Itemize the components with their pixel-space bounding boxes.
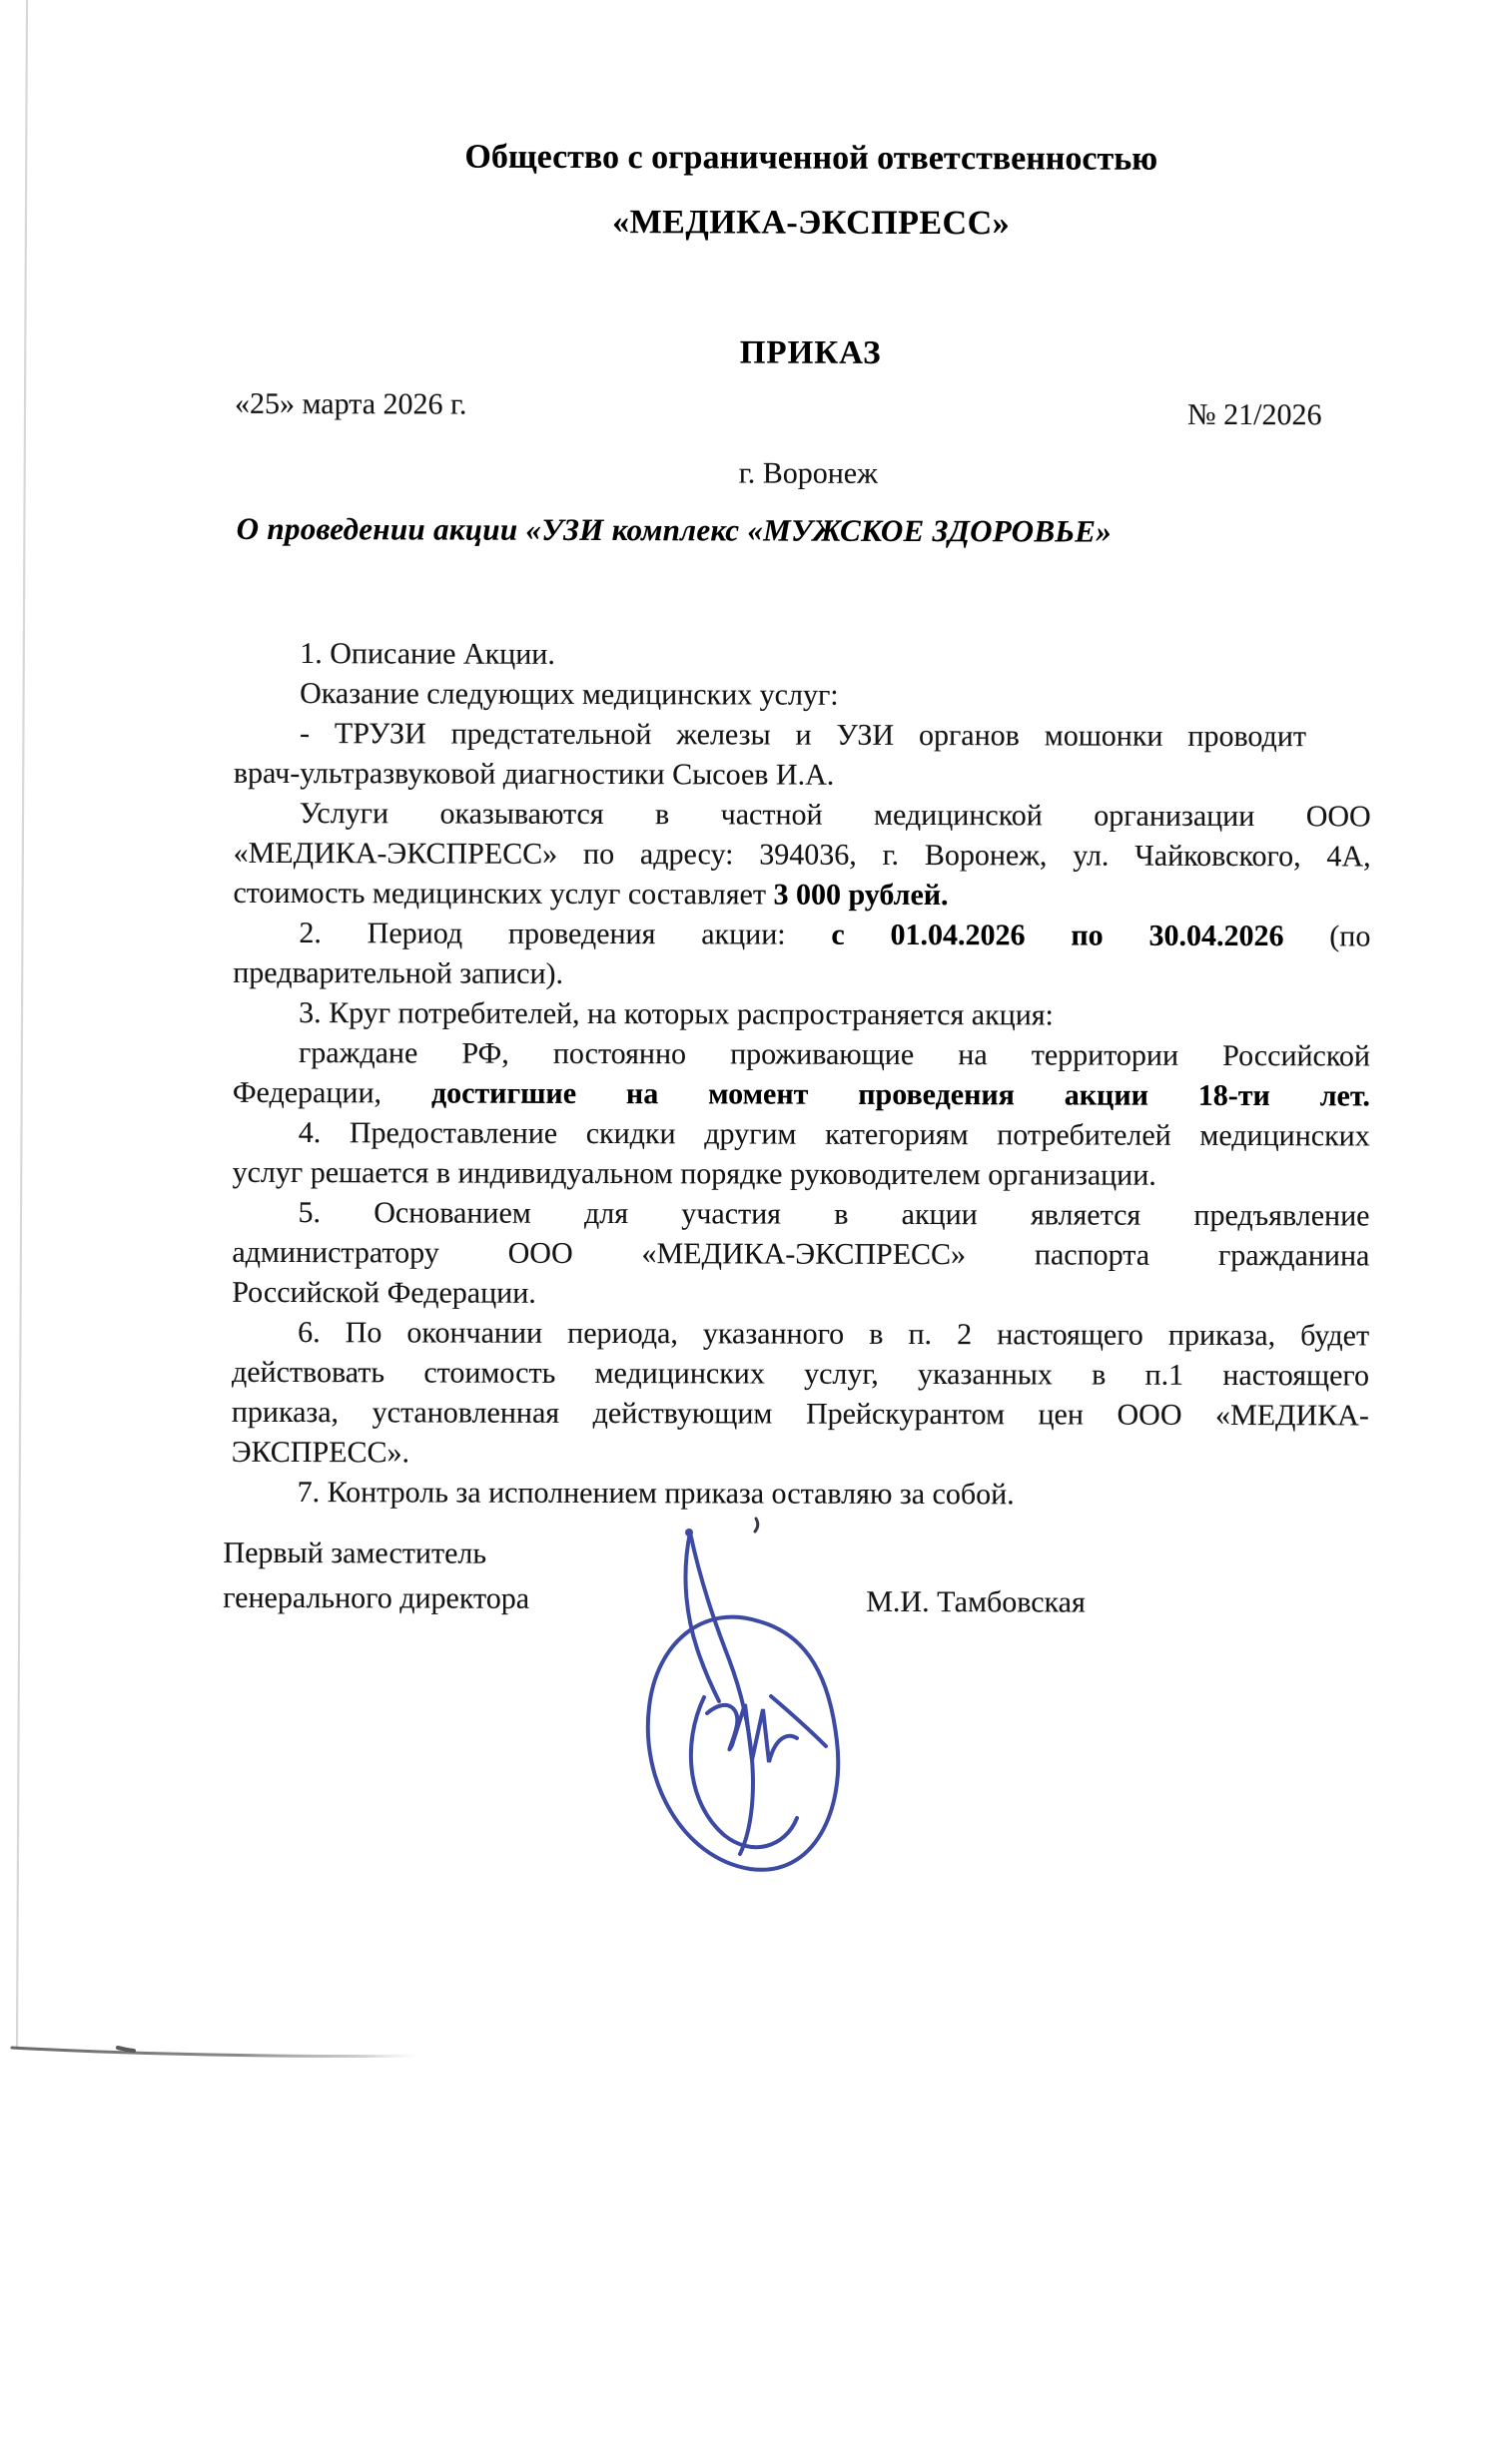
body-line: стоимость медицинских услуг составляет 3… xyxy=(233,874,1370,918)
body-text-bold-segment: 3 000 рублей. xyxy=(773,879,948,913)
body-text-bold-segment: достигшие на момент проведения акции 18-… xyxy=(431,1076,1370,1112)
body-text-segment: 5. Основанием для участия в акции являет… xyxy=(298,1196,1369,1232)
body-line: 6. По окончании периода, указанного в п.… xyxy=(232,1313,1369,1357)
body-line: действовать стоимость медицинских услуг,… xyxy=(232,1353,1369,1397)
body-line: услуг решается в индивидуальном порядке … xyxy=(233,1153,1370,1197)
body-line: 7. Контроль за исполнением приказа остав… xyxy=(232,1473,1369,1517)
body-text-segment: Услуги оказываются в частной медицинской… xyxy=(300,797,1371,833)
body-text-bold-segment: с 01.04.2026 по 30.04.2026 xyxy=(831,919,1283,952)
body-line: «МЕДИКА-ЭКСПРЕСС» по адресу: 394036, г. … xyxy=(234,834,1371,878)
body-line: Федерации, достигшие на момент проведени… xyxy=(233,1073,1370,1117)
body-text-segment: 7. Контроль за исполнением приказа остав… xyxy=(298,1476,1015,1511)
body-line: 3. Круг потребителей, на которых распрос… xyxy=(233,993,1370,1037)
body-line: 2. Период проведения акции: с 01.04.2026… xyxy=(233,914,1370,957)
body-line: Российской Федерации. xyxy=(232,1273,1369,1317)
body-text-segment: стоимость медицинских услуг составляет xyxy=(233,877,773,912)
body-text-segment: 4. Предоставление скидки другим категори… xyxy=(299,1116,1370,1152)
document-content: Общество с ограниченной ответственностью… xyxy=(0,0,1498,2464)
body-text-segment: - ТРУЗИ предстательной железы и УЗИ орга… xyxy=(300,717,1306,753)
body-text-segment: 6. По окончании периода, указанного в п.… xyxy=(298,1316,1369,1352)
signatory-position: Первый заместитель генерального директор… xyxy=(223,1531,529,1621)
org-name-heading: «МЕДИКА-ЭКСПРЕСС» xyxy=(236,200,1373,248)
body-line: администратору ООО «МЕДИКА-ЭКСПРЕСС» пас… xyxy=(232,1233,1369,1277)
body-line: 5. Основанием для участия в акции являет… xyxy=(232,1193,1369,1237)
body-line: - ТРУЗИ предстательной железы и УЗИ орга… xyxy=(234,714,1371,758)
body-line: Услуги оказываются в частной медицинской… xyxy=(234,794,1371,838)
body-line: врач-ультразвуковой диагностики Сысоев И… xyxy=(234,754,1371,798)
body-line: ЭКСПРЕСС». xyxy=(232,1433,1369,1477)
body-text-segment: врач-ультразвуковой диагностики Сысоев И… xyxy=(234,757,835,792)
body-text-segment: приказа, установленная действующим Прейс… xyxy=(232,1396,1369,1433)
doc-date: «25» марта 2026 г. xyxy=(235,384,467,425)
body-text-segment: Федерации, xyxy=(233,1076,431,1110)
doc-city: г. Воронеж xyxy=(235,452,1372,496)
body-text-segment: (по xyxy=(1283,920,1370,952)
doc-type-heading: ПРИКАЗ xyxy=(235,329,1372,377)
body-line: 4. Предоставление скидки другим категори… xyxy=(233,1113,1370,1157)
signatory-position-line1: Первый заместитель xyxy=(223,1531,529,1576)
body-text-segment: услуг решается в индивидуальном порядке … xyxy=(233,1156,1156,1192)
signatory-name: М.И. Тамбовская xyxy=(866,1582,1086,1623)
scanned-order-document: Общество с ограниченной ответственностью… xyxy=(0,0,1498,2464)
body-text-segment: Оказание следующих медицинских услуг: xyxy=(300,677,839,712)
body-text-segment: действовать стоимость медицинских услуг,… xyxy=(232,1356,1369,1393)
body-text-segment: администратору ООО «МЕДИКА-ЭКСПРЕСС» пас… xyxy=(232,1236,1369,1273)
body-text-segment: 2. Период проведения акции: xyxy=(299,917,831,951)
body-text-segment: граждане РФ, постоянно проживающие на те… xyxy=(299,1036,1370,1072)
org-type-heading: Общество с ограниченной ответственностью xyxy=(236,135,1373,183)
body-line: приказа, установленная действующим Прейс… xyxy=(232,1393,1369,1437)
doc-subject-line: О проведении акции «УЗИ комплекс «МУЖСКО… xyxy=(237,508,1113,553)
body-text-segment: 1. Описание Акции. xyxy=(300,637,555,671)
body-text-segment: Российской Федерации. xyxy=(232,1276,536,1310)
body-line: 1. Описание Акции. xyxy=(234,634,1371,678)
signatory-position-line2: генерального директора xyxy=(223,1575,529,1621)
body-line: предварительной записи). xyxy=(233,953,1370,997)
doc-number: № 21/2026 xyxy=(1187,395,1322,435)
body-text: 1. Описание Акции.Оказание следующих мед… xyxy=(232,634,1372,1517)
body-text-segment: 3. Круг потребителей, на которых распрос… xyxy=(299,996,1054,1031)
body-text-segment: ЭКСПРЕСС». xyxy=(232,1436,409,1470)
body-line: граждане РФ, постоянно проживающие на те… xyxy=(233,1033,1370,1077)
body-text-segment: предварительной записи). xyxy=(233,956,563,990)
body-line: Оказание следующих медицинских услуг: xyxy=(234,674,1371,718)
body-text-segment: «МЕДИКА-ЭКСПРЕСС» по адресу: 394036, г. … xyxy=(234,837,1371,874)
